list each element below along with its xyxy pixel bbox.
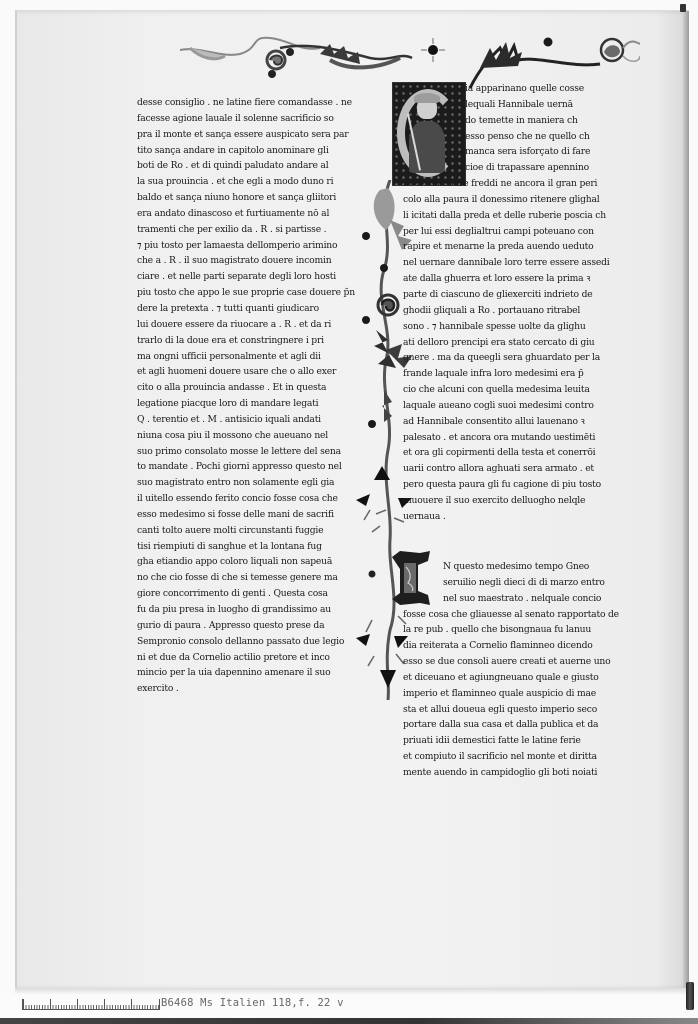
text-line: exercito . xyxy=(137,681,377,697)
text-line: cito o alla prouincia andasse . Et in qu… xyxy=(137,380,377,396)
text-line: laquale aueano cogli suoi medesimi contr… xyxy=(403,398,643,414)
text-line: to mandate . Pochi giorni appresso quest… xyxy=(137,459,377,475)
text-line: piu tosto che appo le sue proprie case d… xyxy=(137,285,377,301)
text-line: N questo medesimo tempo Gneo xyxy=(429,559,643,575)
text-line: suo primo consolato mosse le lettere del… xyxy=(137,444,377,460)
text-line: desse consiglio . ne latine fiere comand… xyxy=(137,95,377,111)
text-line: frande laquale infra loro medesimi era p… xyxy=(403,366,643,382)
text-line: parte di ciascuno de gliexerciti indriet… xyxy=(403,287,643,303)
text-line: et compiuto il sacrificio nel monte et d… xyxy=(403,749,643,765)
text-line: sono . ⁊ hannibale spesse uolte da gligh… xyxy=(403,319,643,335)
text-line: sta et allui doueua egli questo imperio … xyxy=(403,702,643,718)
text-line: gnere . ma da queegli sera ghuardato per… xyxy=(403,350,643,366)
ruler-tick xyxy=(104,999,105,1009)
text-line: facesse agione lauale il solenne sacrifi… xyxy=(137,111,377,127)
text-line: giore concorrimento di genti . Questa co… xyxy=(137,586,377,602)
text-line: palesato . et ancora ora mutando uestimē… xyxy=(403,430,643,446)
text-line: la sua prouincia . et che egli a modo du… xyxy=(137,174,377,190)
text-line: nel suo maestrato . nelquale concio xyxy=(429,591,643,607)
scale-ruler xyxy=(22,999,160,1010)
ruler-tick xyxy=(50,999,51,1009)
text-line: cioe di trapassare apennino xyxy=(465,160,643,176)
text-line: ate dalla ghuerra et loro essere la prim… xyxy=(403,271,643,287)
text-line: dere la pretexta . ⁊ tutti quanti giudic… xyxy=(137,301,377,317)
text-line: tisi riempiuti di sanghue et la lontana … xyxy=(137,539,377,555)
text-line: per lui essi deglialtrui campi poteuano … xyxy=(403,224,643,240)
text-line: imperio et flaminneo quale auspicio di m… xyxy=(403,686,643,702)
text-line: mincio per la uia dapennino amenare il s… xyxy=(137,665,377,681)
text-line: ⁊ piu tosto per lamaesta dellomperio ari… xyxy=(137,238,377,254)
text-line: muouere il suo exercito delluogho nelqle xyxy=(403,493,643,509)
text-line: canti tolto auere molti circunstanti fug… xyxy=(137,523,377,539)
text-line: dia reiterata a Cornelio flaminneo dicen… xyxy=(403,638,643,654)
text-line: no che cio fosse di che si temesse gener… xyxy=(137,570,377,586)
text-line: esso penso che ne quello ch xyxy=(465,129,643,145)
text-line: trarlo di la doue era et constringnere i… xyxy=(137,333,377,349)
text-line: ati delloro prencipi era stato cercato d… xyxy=(403,335,643,351)
text-line: rapire et menarne la preda auendo ueduto xyxy=(403,239,643,255)
text-line: fu da piu presa in luogho di grandissimo… xyxy=(137,602,377,618)
text-line: esso se due consoli auere creati et auer… xyxy=(403,654,643,670)
text-line: uernaua . xyxy=(403,509,643,525)
text-line: seruilio negli dieci di di marzo entro xyxy=(429,575,643,591)
text-line: et ora gli copirmenti della testa et con… xyxy=(403,445,643,461)
top-border-vine-ornament xyxy=(180,28,640,88)
text-line: gha etiandio appo coloro liquali non sap… xyxy=(137,554,377,570)
text-line: ni et due da Cornelio actilio pretore et… xyxy=(137,650,377,666)
page-edge xyxy=(683,11,689,989)
ruler-tick xyxy=(23,999,24,1009)
text-line: tito sança andare in capitolo anominare … xyxy=(137,143,377,159)
ruler-tick xyxy=(131,999,132,1009)
text-line: lequali Hannibale uernā xyxy=(465,97,643,113)
text-line: priuati idii demestici fatte le latine f… xyxy=(403,733,643,749)
text-line: do temette in maniera ch xyxy=(465,113,643,129)
text-line: la re pub . quello che bisongnaua fu lan… xyxy=(403,622,643,638)
text-line: manca sera isforçato di fare xyxy=(465,144,643,160)
text-line: li icitati dalla preda et delle ruberie … xyxy=(403,208,643,224)
text-line: uarii contro allora aghuati sera armato … xyxy=(403,461,643,477)
text-line: cio che alcuni con quella medesima leuit… xyxy=(403,382,643,398)
text-line: Q . terentio et . M . antisicio iquali a… xyxy=(137,412,377,428)
text-line: tramenti che per exilio da . R . si part… xyxy=(137,222,377,238)
text-line: ia apparinano quelle cosse xyxy=(465,81,643,97)
text-line: nel uernare dannibale loro terre essere … xyxy=(403,255,643,271)
text-line: et diceuano et agiungneuano quale e gius… xyxy=(403,670,643,686)
text-line: ma ongni ufficii personalmente et agli d… xyxy=(137,349,377,365)
text-line: esso medesimo si fosse delle mani de sac… xyxy=(137,507,377,523)
text-line: lui douere essere da riuocare a . R . et… xyxy=(137,317,377,333)
text-line: portare dalla sua casa et dalla publica … xyxy=(403,717,643,733)
text-line: ad Hannibale consentito allui lauenano ꝛ xyxy=(403,414,643,430)
text-line: suo magistrato entro non solamente egli … xyxy=(137,475,377,491)
text-line: Sempronio consolo dellanno passato due l… xyxy=(137,634,377,650)
text-line: legatione piacque loro di mandare legati xyxy=(137,396,377,412)
text-line: pra il monte et sança essere auspicato s… xyxy=(137,127,377,143)
text-line: mente auendo in campidoglio gli boti noi… xyxy=(403,765,643,781)
text-line: ne il sostenere freddi ne ancora il gran… xyxy=(403,176,643,192)
text-line: fosse cosa che gliauesse al senato rappo… xyxy=(403,607,643,623)
text-line: boti de Ro . et di quindi paludato andar… xyxy=(137,158,377,174)
text-line: che a . R . il suo magistrato douere inc… xyxy=(137,253,377,269)
text-line: et agli huomeni douere usare che o allo … xyxy=(137,364,377,380)
text-column-left: desse consiglio . ne latine fiere comand… xyxy=(137,95,377,697)
text-line: pero questa paura gli fu cagione di piu … xyxy=(403,477,643,493)
text-line: ciare . et nelle parti separate degli lo… xyxy=(137,269,377,285)
bottom-shadow-strip xyxy=(0,1018,698,1024)
text-line: colo alla paura il donessimo ritenere gl… xyxy=(403,192,643,208)
text-column-right-bottom: N questo medesimo tempo Gneoseruilio neg… xyxy=(403,559,643,781)
text-line: era andato dinascoso et furtiuamente nō … xyxy=(137,206,377,222)
text-line: ghodii gliquali a Ro . portauano ritrabe… xyxy=(403,303,643,319)
shelfmark-caption: B6468 Ms Italien 118,f. 22 v xyxy=(161,997,344,1009)
clip-icon xyxy=(680,4,686,12)
ruler-tick xyxy=(77,999,78,1009)
text-column-right-top: ia apparinano quelle cosselequali Hannib… xyxy=(403,81,643,525)
text-line: il uitello essendo ferito concio fosse c… xyxy=(137,491,377,507)
clip-icon xyxy=(686,982,694,1010)
text-line: niuna cosa piu il mossono che aueuano ne… xyxy=(137,428,377,444)
text-line: baldo et sança niuno honore et sança gli… xyxy=(137,190,377,206)
text-line: gurio di paura . Appresso questo prese d… xyxy=(137,618,377,634)
